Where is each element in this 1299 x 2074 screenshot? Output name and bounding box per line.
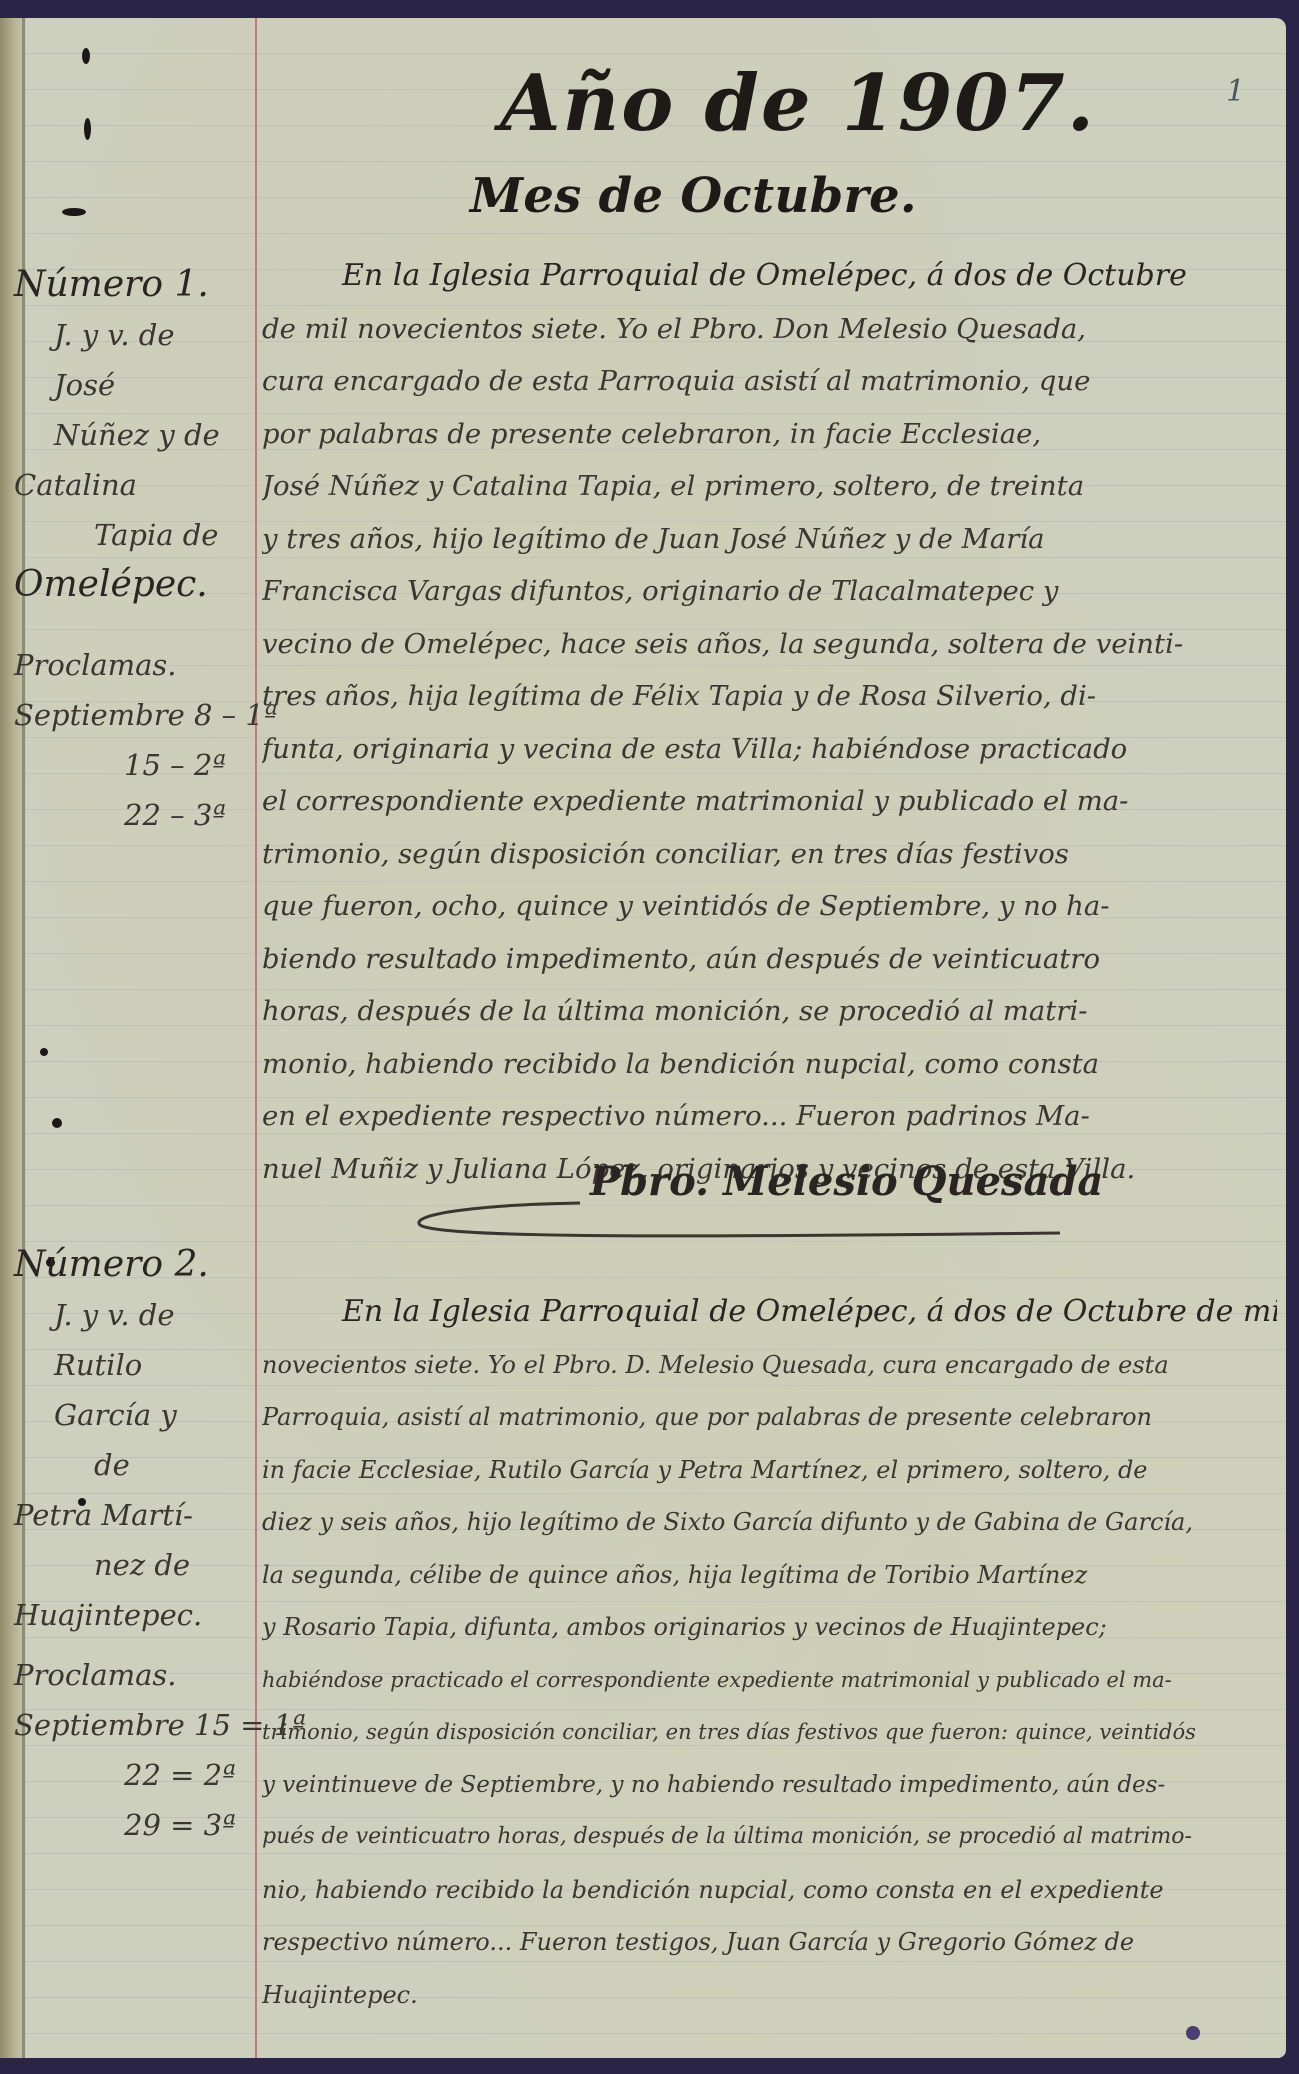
entry-text-line: trimonio, según disposición conciliar, e… bbox=[262, 828, 1277, 881]
entry-text-line: monio, habiendo recibido la bendición nu… bbox=[262, 1038, 1277, 1091]
entry-text-line: vecino de Omelépec, hace seis años, la s… bbox=[262, 618, 1277, 671]
proclamas-label: Proclamas. bbox=[14, 1650, 250, 1700]
proclama-date: 29 bbox=[124, 1808, 161, 1842]
ink-speck bbox=[82, 48, 90, 64]
margin-note-line: Petra Martí- bbox=[14, 1490, 250, 1540]
entry-text-line: respectivo número... Fueron testigos, Ju… bbox=[262, 1916, 1277, 1969]
entry-text-line: novecientos siete. Yo el Pbro. D. Melesi… bbox=[262, 1339, 1277, 1392]
proclama-row: 15 – 2ª bbox=[14, 740, 250, 790]
ink-speck bbox=[40, 1048, 48, 1056]
entry-text-line: diez y seis años, hijo legítimo de Sixto… bbox=[262, 1496, 1277, 1549]
proclama-row: 29 = 3ª bbox=[14, 1800, 250, 1850]
proclama-order: 3ª bbox=[194, 798, 226, 832]
proclama-row: 22 = 2ª bbox=[14, 1750, 250, 1800]
entry-text-line: En la Iglesia Parroquial de Omelépec, á … bbox=[262, 250, 1277, 303]
margin-note-line: Rutilo bbox=[14, 1340, 250, 1390]
proclamas-label: Proclamas. bbox=[14, 640, 250, 690]
entry-text-line: José Núñez y Catalina Tapia, el primero,… bbox=[262, 460, 1277, 513]
ink-speck bbox=[84, 118, 91, 140]
proclama-date: Septiembre 8 bbox=[14, 698, 212, 732]
margin-note-line: García y bbox=[14, 1390, 250, 1440]
ink-speck bbox=[1186, 2026, 1200, 2040]
entry-text-line: el correspondiente expediente matrimonia… bbox=[262, 775, 1277, 828]
entry-text-line: pués de veinticuatro horas, después de l… bbox=[262, 1811, 1277, 1864]
entry-text-line: en el expediente respectivo número... Fu… bbox=[262, 1090, 1277, 1143]
entry-text-line: y tres años, hijo legítimo de Juan José … bbox=[262, 513, 1277, 566]
entry-text-line: Francisca Vargas difuntos, originario de… bbox=[262, 565, 1277, 618]
margin-note-line: de bbox=[14, 1440, 250, 1490]
entry-2-margin: Número 2. J. y v. de Rutilo García y de … bbox=[14, 1240, 250, 1850]
margin-note-line: Catalina bbox=[14, 460, 250, 510]
entry-text-line: Huajintepec. bbox=[262, 1969, 1277, 2022]
margin-note-line: nez de bbox=[14, 1540, 250, 1590]
folio-number: 1 bbox=[1226, 74, 1245, 109]
entry-text-line: funta, originaria y vecina de esta Villa… bbox=[262, 723, 1277, 776]
entry-text-line: biendo resultado impedimento, aún despué… bbox=[262, 933, 1277, 986]
entry-text-line: de mil novecientos siete. Yo el Pbro. Do… bbox=[262, 303, 1277, 356]
ink-speck bbox=[52, 1118, 62, 1128]
proclama-row: Septiembre 15 = 1ª bbox=[14, 1700, 250, 1750]
proclama-date: 22 bbox=[124, 1758, 161, 1792]
proclama-order: 2ª bbox=[204, 1758, 236, 1792]
entry-text-line: cura encargado de esta Parroquia asistí … bbox=[262, 355, 1277, 408]
entry-text-line: que fueron, ocho, quince y veintidós de … bbox=[262, 880, 1277, 933]
entry-number: Número 1. bbox=[14, 260, 250, 310]
proclama-date: Septiembre 15 bbox=[14, 1708, 231, 1742]
signature-flourish-icon bbox=[410, 1193, 1070, 1243]
entry-text-line: En la Iglesia Parroquial de Omelépec, á … bbox=[262, 1286, 1277, 1339]
margin-note-line: J. y v. de bbox=[14, 310, 250, 360]
entry-text-line: trimonio, según disposición conciliar, e… bbox=[262, 1706, 1277, 1759]
register-page: Año de 1907. Mes de Octubre. 1 Número 1.… bbox=[0, 18, 1286, 2058]
entry-text-line: in facie Ecclesiae, Rutilo García y Petr… bbox=[262, 1444, 1277, 1497]
entry-text-line: por palabras de presente celebraron, in … bbox=[262, 408, 1277, 461]
proclama-order: 2ª bbox=[194, 748, 226, 782]
entry-text-line: la segunda, célibe de quince años, hija … bbox=[262, 1549, 1277, 1602]
entry-1-margin: Número 1. J. y v. de José Núñez y de Cat… bbox=[14, 260, 250, 840]
entry-text-line: nio, habiendo recibido la bendición nupc… bbox=[262, 1864, 1277, 1917]
entry-number: Número 2. bbox=[14, 1240, 250, 1290]
margin-note-line: Núñez y de bbox=[14, 410, 250, 460]
page-title-year: Año de 1907. bbox=[500, 58, 1096, 149]
entry-text-line: y veintinueve de Septiembre, y no habien… bbox=[262, 1759, 1277, 1812]
entry-text-line: tres años, hija legítima de Félix Tapia … bbox=[262, 670, 1277, 723]
page-subtitle-month: Mes de Octubre. bbox=[470, 168, 917, 224]
entry-text-line: habiéndose practicado el correspondiente… bbox=[262, 1654, 1277, 1707]
proclama-row: 22 – 3ª bbox=[14, 790, 250, 840]
margin-rule-line bbox=[255, 18, 257, 2058]
ink-speck bbox=[62, 208, 86, 216]
margin-note-line: Huajintepec. bbox=[14, 1590, 250, 1640]
margin-note-line: Tapia de bbox=[14, 510, 250, 560]
proclama-date: 22 bbox=[124, 798, 161, 832]
entry-text-line: y Rosario Tapia, difunta, ambos originar… bbox=[262, 1601, 1277, 1654]
proclama-order: 3ª bbox=[204, 1808, 236, 1842]
entry-1-body: En la Iglesia Parroquial de Omelépec, á … bbox=[262, 250, 1277, 1195]
entry-2-body: En la Iglesia Parroquial de Omelépec, á … bbox=[262, 1286, 1277, 2021]
margin-note-line: Omelépec. bbox=[14, 560, 250, 610]
proclama-date: 15 bbox=[124, 748, 161, 782]
entry-text-line: horas, después de la última monición, se… bbox=[262, 985, 1277, 1038]
margin-note-line: J. y v. de bbox=[14, 1290, 250, 1340]
proclama-row: Septiembre 8 – 1ª bbox=[14, 690, 250, 740]
entry-text-line: Parroquia, asistí al matrimonio, que por… bbox=[262, 1391, 1277, 1444]
margin-note-line: José bbox=[14, 360, 250, 410]
